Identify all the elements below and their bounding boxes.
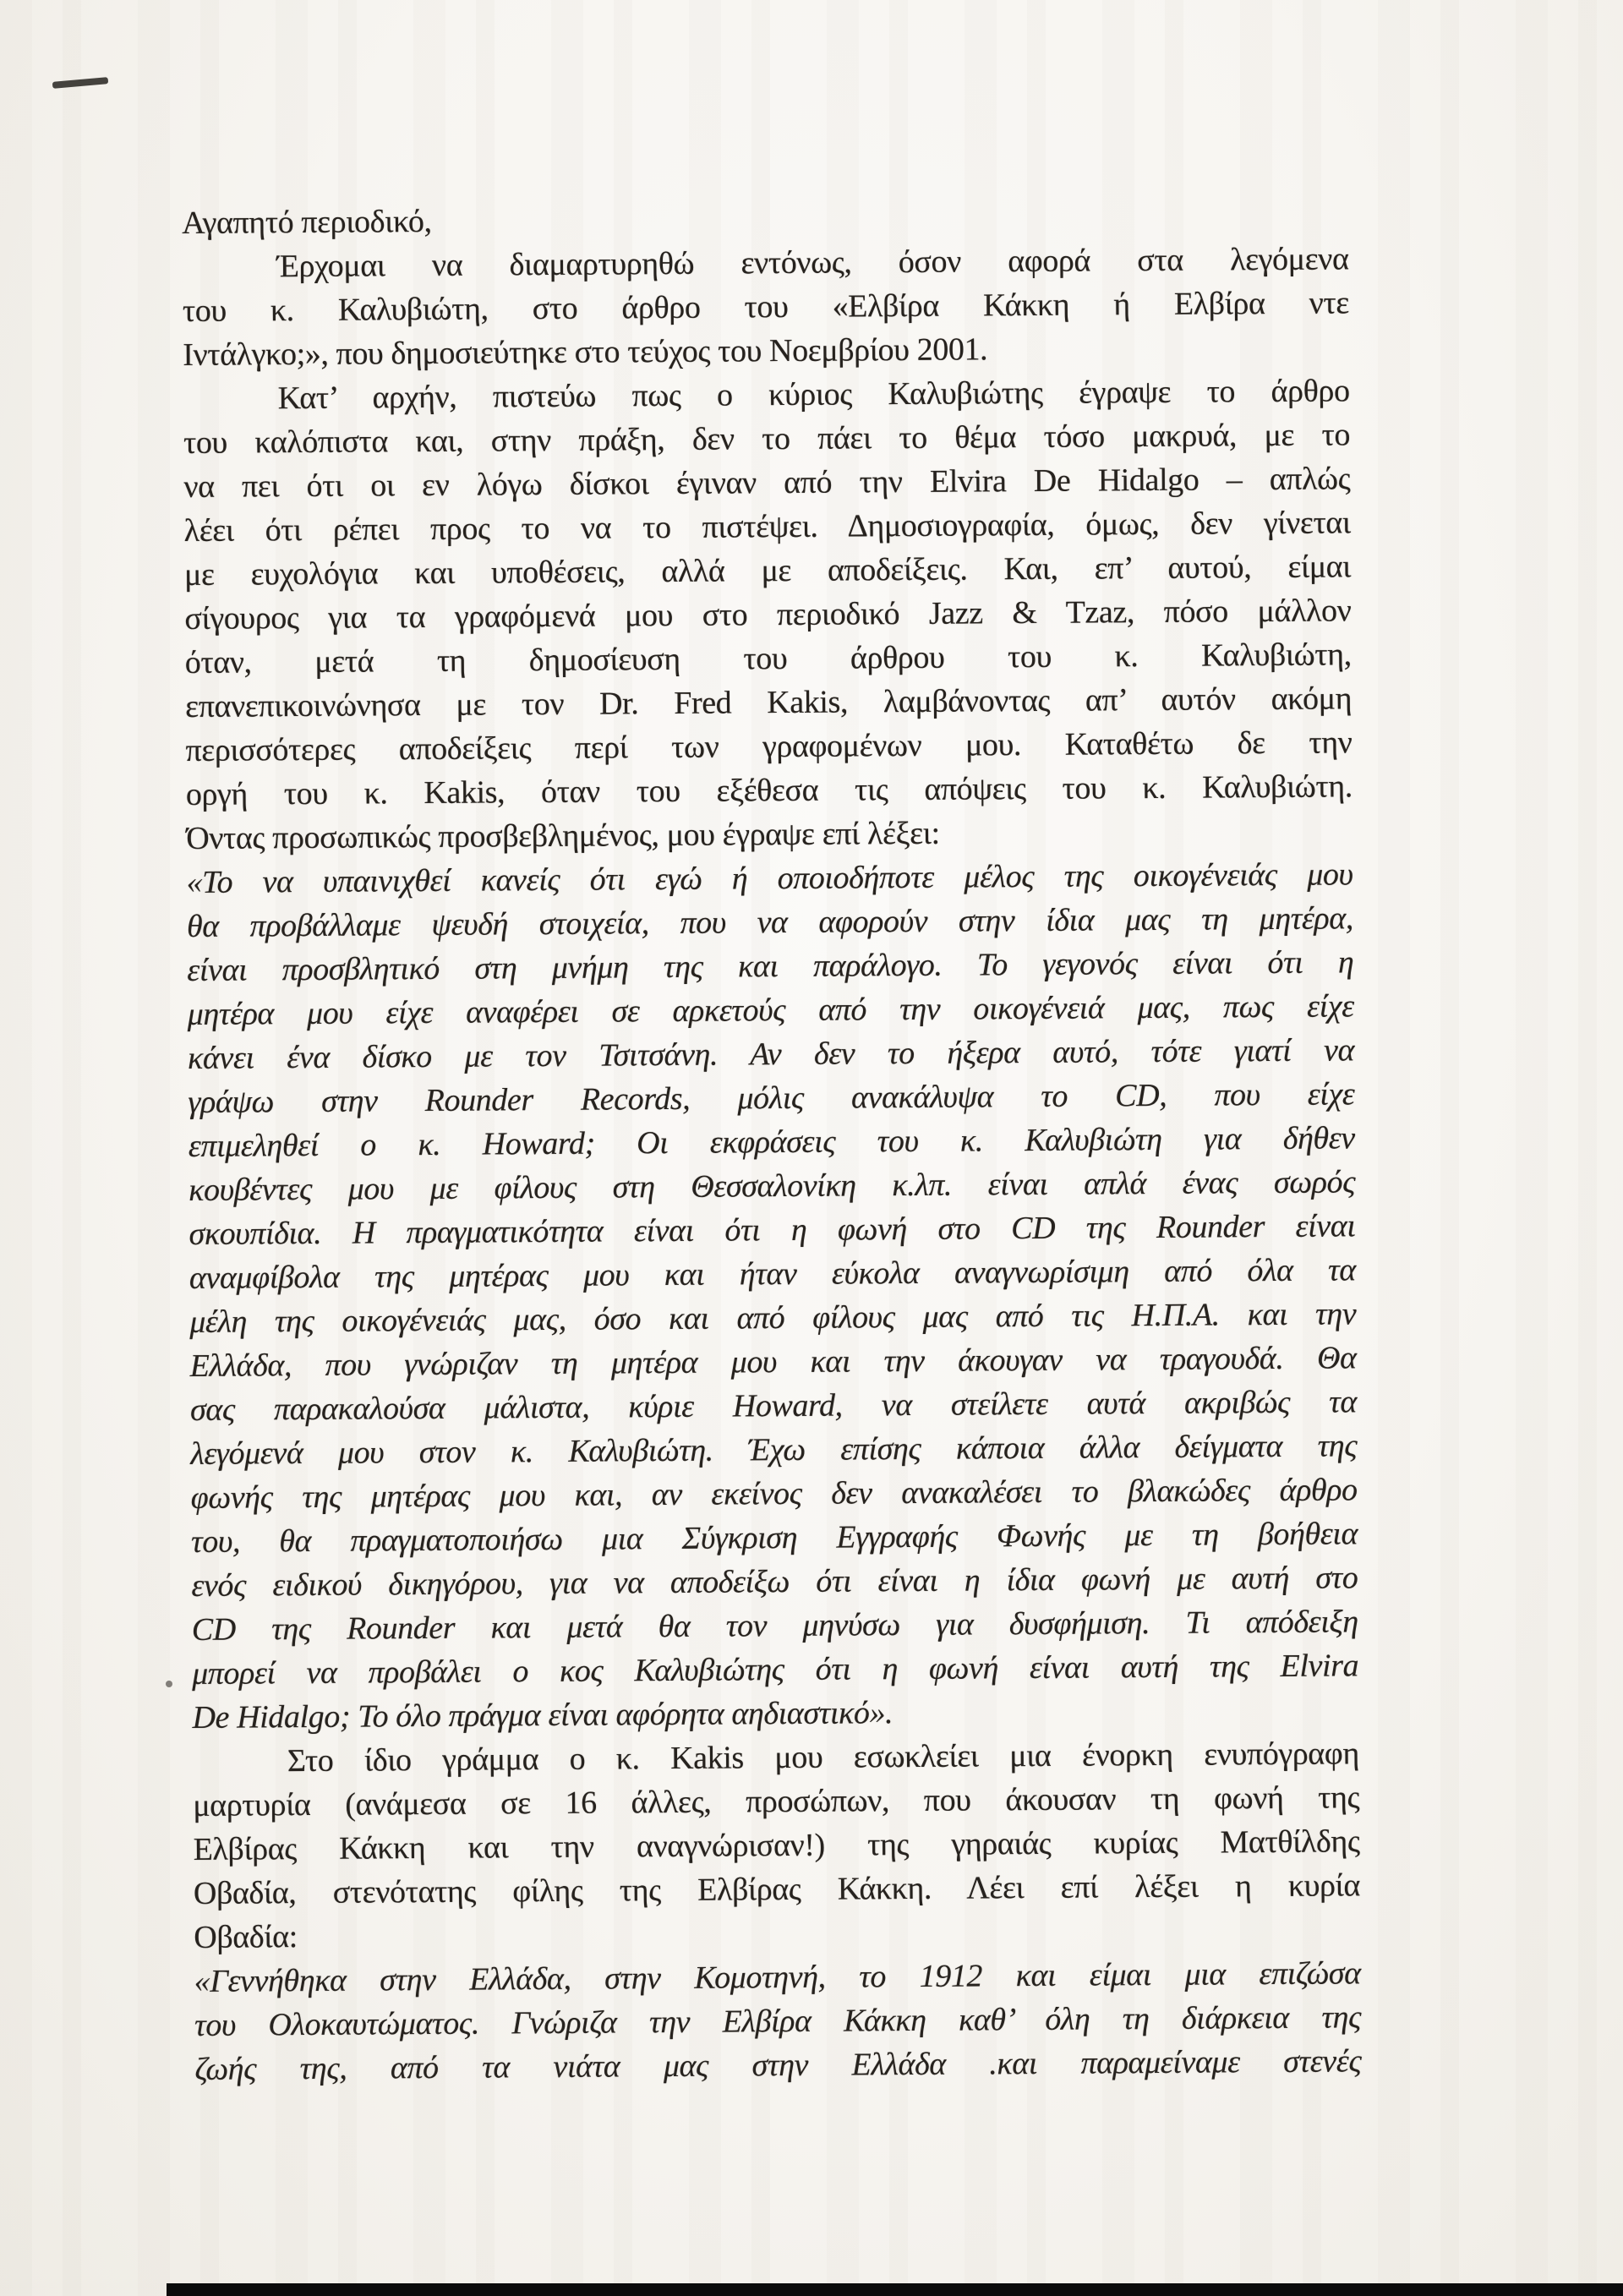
text-line: θα προβάλλαμε ψευδή στοιχεία, που να αφο… [187, 896, 1353, 948]
text-line: του, θα πραγματοποιήσω μια Σύγκριση Εγγρ… [191, 1512, 1358, 1564]
text-line: κάνει ένα δίσκο με τον Τσιτσάνη. Αν δεν … [188, 1028, 1354, 1080]
text-line: Στο ίδιο γράμμα ο κ. Kakis μου εσωκλείει… [193, 1731, 1359, 1784]
text-line: μητέρα μου είχε αναφέρει σε αρκετούς από… [188, 984, 1354, 1036]
text-line: όταν, μετά τη δημοσίευση του άρθρου του … [185, 632, 1352, 685]
scanner-black-bar-artifact [167, 2283, 1623, 2296]
text-line: του Ολοκαυτώματος. Γνώριζα την Ελβίρα Κά… [194, 1995, 1361, 2047]
text-line: λεγόμενά μου στον κ. Καλυβιώτη. Έχω επίσ… [190, 1424, 1357, 1476]
text-line: ζωής της, από τα νιάτα μας στην Ελλάδα .… [194, 2039, 1361, 2091]
text-line: αναμφίβολα της μητέρας μου και ήταν εύκο… [189, 1248, 1356, 1300]
text-line: του κ. Καλυβιώτη, στο άρθρο του «Ελβίρα … [183, 281, 1349, 333]
text-line: Ιντάλγκο;», που δημοσιεύτηκε στο τεύχος … [183, 325, 1349, 377]
text-line: Οβαδία, στενότατης φίλης της Ελβίρας Κάκ… [194, 1863, 1360, 1916]
paragraph: Έρχομαι να διαμαρτυρηθώ εντόνως, όσον αφ… [182, 237, 1349, 377]
paragraph: Αγαπητό περιοδικό, [182, 193, 1348, 245]
text-line: μπορεί να προβάλει ο κος Καλυβιώτης ότι … [192, 1643, 1358, 1696]
text-line: CD της Rounder και μετά θα τον μηνύσω γι… [192, 1599, 1358, 1652]
paragraph: «Γεννήθηκα στην Ελλάδα, στην Κομοτηνή, τ… [194, 1951, 1362, 2091]
text-line: λέει ότι ρέπει προς το να το πιστέψει. Δ… [184, 500, 1351, 553]
text-line: επανεπικοινώνησα με τον Dr. Fred Kakis, … [185, 676, 1352, 729]
paragraph: Κατ’ αρχήν, πιστεύω πως ο κύριος Καλυβιώ… [183, 369, 1352, 861]
text-line: σκουπίδια. Η πραγματικότητα είναι ότι η … [189, 1204, 1355, 1256]
text-line: με ευχολόγια και υποθέσεις, αλλά με αποδ… [184, 544, 1351, 597]
text-line: σας παρακαλούσα μάλιστα, κύριε Howard, ν… [190, 1380, 1357, 1432]
letter-body: Αγαπητό περιοδικό,Έρχομαι να διαμαρτυρηθ… [182, 193, 1362, 2091]
text-line: είναι προσβλητικό στη μνήμη της και παρά… [187, 940, 1353, 992]
text-line: γράψω στην Rounder Records, μόλις ανακάλ… [188, 1072, 1354, 1124]
text-line: «Το να υπαινιχθεί κανείς ότι εγώ ή οποιο… [186, 852, 1352, 905]
text-line: επιμεληθεί ο κ. Howard; Οι εκφράσεις του… [189, 1116, 1355, 1168]
pen-mark-artifact [52, 77, 108, 89]
text-line: οργή του κ. Kakis, όταν του εξέθεσα τις … [186, 764, 1352, 817]
text-line: Ελβίρας Κάκκη και την αναγνώρισαν!) της … [193, 1819, 1359, 1872]
text-line: του καλόπιστα και, στην πράξη, δεν το πά… [183, 413, 1350, 465]
text-line: Έρχομαι να διαμαρτυρηθώ εντόνως, όσον αφ… [182, 237, 1348, 289]
text-line: Οβαδία: [194, 1907, 1360, 1960]
text-line: περισσότερες αποδείξεις περί των γραφομέ… [185, 720, 1352, 773]
scanned-document-viewport: { "colors": { "paper": "#f7f5f1", "paper… [0, 0, 1623, 2296]
text-line: Ελλάδα, που γνώριζαν τη μητέρα μου και τ… [189, 1336, 1356, 1388]
paragraph: «Το να υπαινιχθεί κανείς ότι εγώ ή οποιο… [186, 852, 1358, 1740]
text-line: Αγαπητό περιοδικό, [182, 193, 1348, 245]
text-line: ενός ειδικού δικηγόρου, για να αποδείξω … [191, 1555, 1358, 1608]
paragraph: Στο ίδιο γράμμα ο κ. Kakis μου εσωκλείει… [193, 1731, 1361, 1960]
text-line: Όντας προσωπικώς προσβεβλημένος, μου έγρ… [186, 808, 1352, 861]
text-line: De Hidalgo; Το όλο πράγμα είναι αφόρητα … [192, 1687, 1358, 1740]
text-line: να πει ότι οι εν λόγω δίσκοι έγιναν από … [183, 456, 1350, 509]
text-line: φωνής της μητέρας μου και, αν εκείνος δε… [191, 1468, 1358, 1520]
text-line: σίγουρος για τα γραφόμενά μου στο περιοδ… [184, 588, 1351, 641]
text-line: μέλη της οικογένειάς μας, όσο και από φί… [189, 1292, 1356, 1344]
text-line: «Γεννήθηκα στην Ελλάδα, στην Κομοτηνή, τ… [194, 1951, 1361, 2004]
stray-dot-artifact [166, 1681, 172, 1687]
text-line: Κατ’ αρχήν, πιστεύω πως ο κύριος Καλυβιώ… [183, 369, 1349, 421]
text-line: κουβέντες μου με φίλους στη Θεσσαλονίκη … [189, 1160, 1355, 1212]
text-line: μαρτυρία (ανάμεσα σε 16 άλλες, προσώπων,… [193, 1775, 1359, 1828]
scanned-page: Αγαπητό περιοδικό,Έρχομαι να διαμαρτυρηθ… [0, 0, 1623, 2296]
